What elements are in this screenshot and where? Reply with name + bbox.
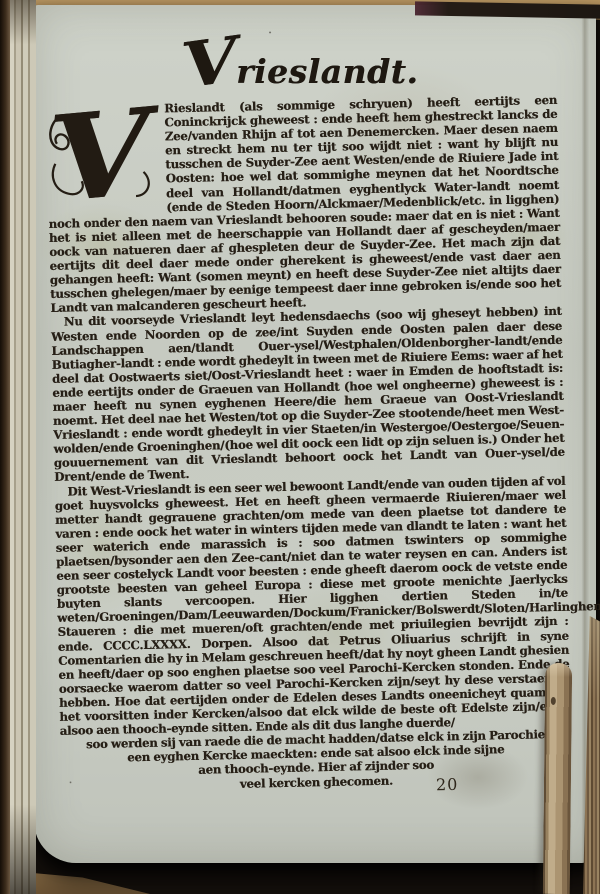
body-text: V Rieslandt (als sommige schryuen) heeft… bbox=[46, 93, 572, 795]
body-paragraph-3: Dit West-Vrieslandt is een seer wel bewo… bbox=[54, 473, 570, 738]
book-page: V rieslandt. V Rieslandt (als sommige sc… bbox=[34, 5, 596, 863]
spine-page-edges bbox=[10, 0, 36, 894]
body-paragraph-1: V Rieslandt (als sommige schryuen) heeft… bbox=[46, 93, 561, 316]
photo-frame: { "book_page": { "title_initial": "V", "… bbox=[0, 0, 600, 894]
title-text: rieslandt. bbox=[236, 52, 418, 91]
stick-knot bbox=[551, 697, 556, 705]
drop-cap-letter: V bbox=[45, 92, 156, 219]
drop-cap: V bbox=[46, 101, 166, 203]
book-spine bbox=[0, 0, 36, 894]
wooden-stick bbox=[543, 663, 572, 894]
spine-gutter-shadow bbox=[0, 0, 10, 894]
page-number: 20 bbox=[436, 775, 459, 794]
closing-taper: soo werden sij van raede die de macht ha… bbox=[60, 727, 572, 795]
title-ornate-initial: V bbox=[179, 31, 242, 94]
body-paragraph-2: Nu dit voorseyde Vrieslandt leyt hedensd… bbox=[51, 304, 566, 484]
